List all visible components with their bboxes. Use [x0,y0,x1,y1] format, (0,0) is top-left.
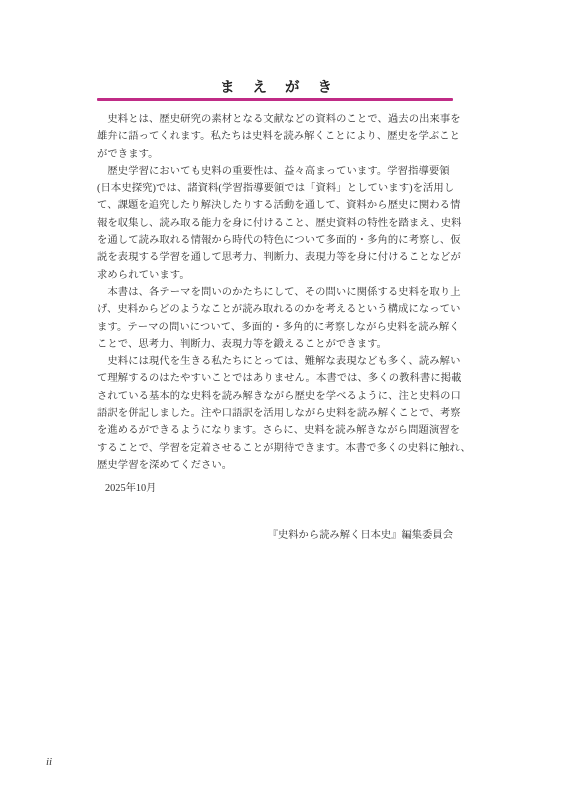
text-line: 報を収集し、読み取る能力を身に付けること、歴史資料の特性を踏まえ、史料 [97,215,463,232]
text-line: げ、史料からどのようなことが読み取れるのかを考えるという構成になってい [97,301,463,318]
text-line: 歴史学習においても史料の重要性は、益々高まっています。学習指導要領 [97,163,463,180]
paragraph: 史料とは、歴史研究の素材となる文献などの資料のことで、過去の出来事を 雄弁に語っ… [97,111,463,163]
text-line: することで、学習を定着させることが期待できます。本書で多くの史料に触れ、 [97,440,463,457]
page-number: ii [46,754,52,770]
text-line: されている基本的な史料を読み解きながら歴史を学べるように、注と史料の口 [97,388,463,405]
text-line: を通して読み取れる情報から時代の特色について多面的・多角的に考察し、仮 [97,232,463,249]
text-line: ができます。 [97,146,463,163]
text-line: 史料とは、歴史研究の素材となる文献などの資料のことで、過去の出来事を [97,111,463,128]
title-accent-rule [97,98,453,101]
text-line: を進めるができるようになります。さらに、史料を読み解きながら問題演習を [97,422,463,439]
page-title: ま え が き [97,76,455,97]
publication-date: 2025年10月 [105,480,156,497]
text-line: 歴史学習を深めてください。 [97,457,463,474]
text-line: て理解するのはたやすいことではありません。本書では、多くの教科書に掲載 [97,370,463,387]
preface-body: 史料とは、歴史研究の素材となる文献などの資料のことで、過去の出来事を 雄弁に語っ… [97,111,463,474]
text-line: て、課題を追究したり解決したりする活動を通して、資料から歴史に関わる情 [97,197,463,214]
text-line: ます。テーマの問いについて、多面的・多角的に考察しながら史料を読み解く [97,319,463,336]
text-line: 説を表現する学習を通して思考力、判断力、表現力等を身に付けることなどが [97,249,463,266]
text-line: 雄弁に語ってくれます。私たちは史料を読み解くことにより、歴史を学ぶこと [97,128,463,145]
text-line: 史料には現代を生きる私たちにとっては、難解な表現なども多く、読み解い [97,353,463,370]
paragraph: 本書は、各テーマを問いのかたちにして、その問いに関係する史料を取り上 げ、史料か… [97,284,463,353]
text-line: ことで、思考力、判断力、表現力等を鍛えることができます。 [97,336,463,353]
text-line: 本書は、各テーマを問いのかたちにして、その問いに関係する史料を取り上 [97,284,463,301]
editorial-committee-attribution: 『史料から読み解く日本史』編集委員会 [97,527,453,544]
text-line: (日本史探究)では、諸資料(学習指導要領では「資料」としています)を活用し [97,180,463,197]
text-line: 求められています。 [97,267,463,284]
paragraph: 歴史学習においても史料の重要性は、益々高まっています。学習指導要領 (日本史探究… [97,163,463,284]
preface-page: ま え が き 史料とは、歴史研究の素材となる文献などの資料のことで、過去の出来… [0,0,567,800]
text-line: 語訳を併記しました。注や口語訳を活用しながら史料を読み解くことで、考察 [97,405,463,422]
paragraph: 史料には現代を生きる私たちにとっては、難解な表現なども多く、読み解い て理解する… [97,353,463,474]
